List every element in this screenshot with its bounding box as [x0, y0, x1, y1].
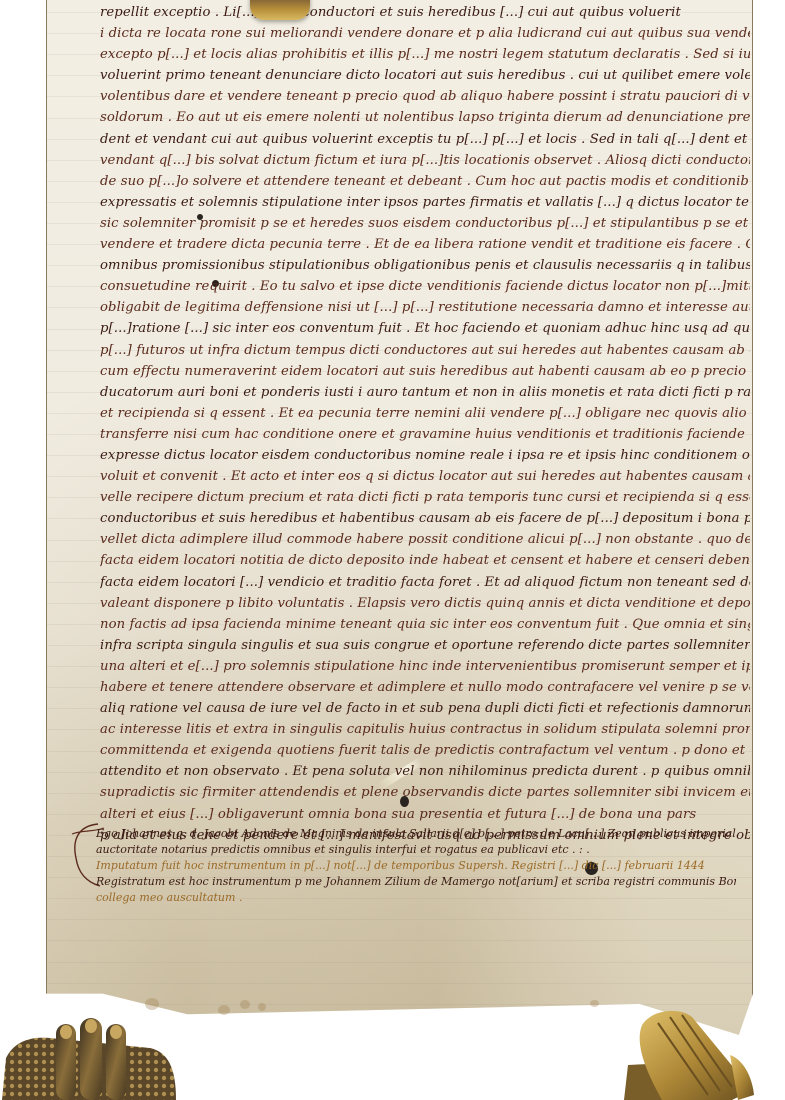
text-line: habere et tenere attendere observare et …	[100, 677, 750, 698]
text-line: vellet dicta adimplere illud commode hab…	[100, 529, 750, 550]
text-line: volentibus dare et vendere teneant p pre…	[100, 86, 750, 107]
text-line: repellit exceptio . Li[...] dicto conduc…	[100, 2, 750, 23]
text-line: attendito et non observato . Et pena sol…	[100, 761, 750, 782]
text-line: conductoribus et suis heredibus et haben…	[100, 508, 750, 529]
text-line: voluit et convenit . Et acto et inter eo…	[100, 466, 750, 487]
ruling-line	[47, 919, 752, 920]
text-line: cum effectu numeraverint eidem locatori …	[100, 361, 750, 382]
text-line: obligabit de legitima deffensione nisi u…	[100, 297, 750, 318]
text-line: omnibus promissionibus stipulationibus o…	[100, 255, 750, 276]
ruling-line	[47, 962, 752, 963]
water-stain	[218, 1005, 230, 1015]
text-line: consuetudine requirit . Eo tu salvo et i…	[100, 276, 750, 297]
text-line: expresse dictus locator eisdem conductor…	[100, 445, 750, 466]
brass-hand-clamp-left	[0, 1018, 180, 1100]
water-stain	[590, 1000, 599, 1007]
text-line: voluerint primo teneant denunciare dicto…	[100, 65, 750, 86]
text-line: aliq ratione vel causa de iure vel de fa…	[100, 698, 750, 719]
text-line: i dicta re locata rone sui meliorandi ve…	[100, 23, 750, 44]
text-line: facta eidem locatori notitia de dicto de…	[100, 550, 750, 571]
text-line: soldorum . Eo aut ut eis emere nolenti u…	[100, 107, 750, 128]
brass-hand-clamp-right	[612, 1005, 762, 1100]
text-line: valeant disponere p libito voluntatis . …	[100, 593, 750, 614]
text-line: ac interesse litis et extra in singulis …	[100, 719, 750, 740]
water-stain	[240, 1000, 250, 1009]
subscription-line: auctoritate notarius predictis omnibus e…	[96, 842, 736, 858]
subscription-line: collega meo auscultatum .	[96, 890, 736, 906]
text-line: una alteri et e[...] pro solemnis stipul…	[100, 656, 750, 677]
text-line: sic solemniter promisit p se et heredes …	[100, 213, 750, 234]
notary-subscription: Ego Johannes q. d. Jacobi Adonis de Magn…	[96, 826, 736, 906]
text-line: dent et vendant cui aut quibus voluerint…	[100, 129, 750, 150]
text-line: vendere et tradere dicta pecunia terre .…	[100, 234, 750, 255]
text-line: expressatis et solemnis stipulatione int…	[100, 192, 750, 213]
text-line: non factis ad ipsa facienda minime tenea…	[100, 614, 750, 635]
subscription-line: Imputatum fuit hoc instrumentum in p[...…	[96, 858, 736, 874]
text-line: velle recipere dictum precium et rata di…	[100, 487, 750, 508]
subscription-line: Ego Johannes q. d. Jacobi Adonis de Magn…	[96, 826, 736, 842]
text-line: ducatorum auri boni et ponderis iusti i …	[100, 382, 750, 403]
text-line: vendant q[...] bis solvat dictum fictum …	[100, 150, 750, 171]
text-line: p[...]ratione [...] sic inter eos conven…	[100, 318, 750, 339]
text-line: de suo p[...]o solvere et attendere tene…	[100, 171, 750, 192]
text-line: facta eidem locatori [...] vendicio et t…	[100, 572, 750, 593]
text-line: transferre nisi cum hac conditione onere…	[100, 424, 750, 445]
text-line: supradictis sic firmiter attendendis et …	[100, 782, 750, 803]
water-stain	[145, 998, 159, 1010]
ruling-line	[47, 940, 752, 941]
text-line: alteri et eius [...] obligaverunt omnia …	[100, 804, 750, 825]
text-line: et recipienda si q essent . Et ea pecuni…	[100, 403, 750, 424]
top-brass-clamp	[250, 0, 310, 20]
subscription-line: Registratum est hoc instrumentum p me Jo…	[96, 874, 736, 890]
main-text: repellit exceptio . Li[...] dicto conduc…	[100, 2, 750, 846]
ruling-line	[47, 983, 752, 984]
text-line: infra scripta singula singulis et sua su…	[100, 635, 750, 656]
text-line: committenda et exigenda quotiens fuerit …	[100, 740, 750, 761]
text-line: excepto p[...] et locis alias prohibitis…	[100, 44, 750, 65]
water-stain	[258, 1003, 266, 1011]
text-line: p[...] futuros ut infra dictum tempus di…	[100, 340, 750, 361]
